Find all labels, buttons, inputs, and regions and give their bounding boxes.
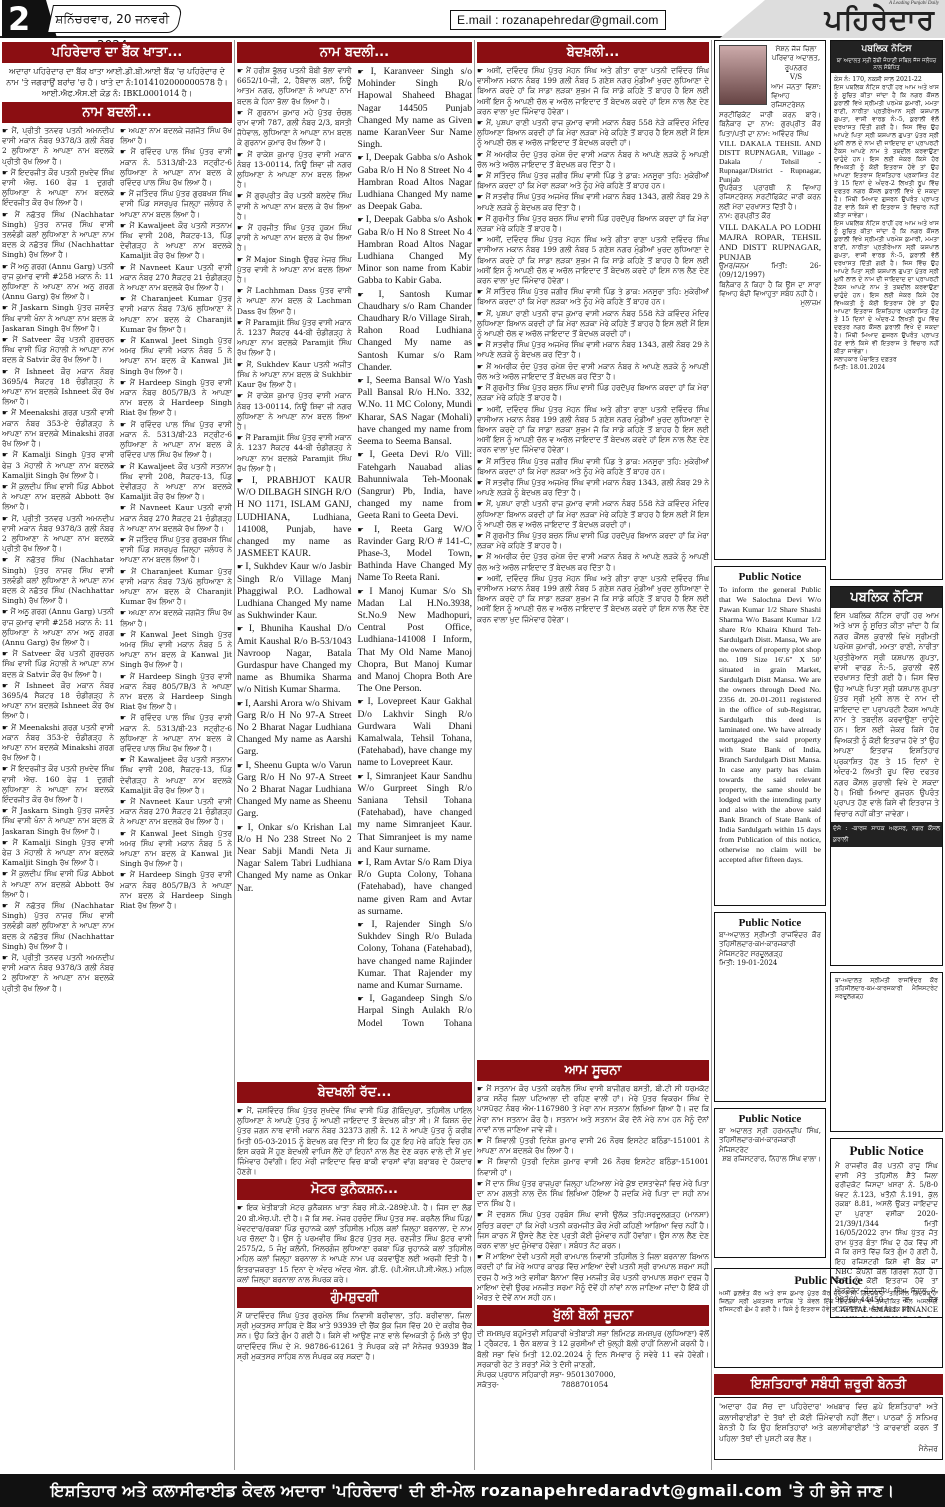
notice-item: ਮੈਂ Hardeep Singh ਪੁੱਤਰ ਵਾਸੀ ਮਕਾਨ ਨੰਬਰ 8… xyxy=(120,870,232,911)
notice-item: ਮੈਂ ਸ਼ਿਵਾਲੀ ਪੁੱਤਰੀ ਦਿਨੇਸ਼ ਕੁਮਾਰ ਵਾਸੀ 26 … xyxy=(477,1136,709,1156)
notice-item: ਮੈਂ ਸਤਿੰਦਰ ਸਿੰਘ ਪੁੱਤਰ ਜਗੀਰ ਸਿੰਘ ਵਾਸੀ ਪਿੰ… xyxy=(477,457,709,477)
notice-court-3-box: ਬਾ-ਅਦਾਲਤ ਸ੍ਰੀਮਤੀ ਰਾਜਵਿੰਦਰ ਕੌਰ ਤਹਿਸੀਲਦਾਰ-… xyxy=(830,972,943,1132)
notice-item: ਮੈਂ ਅਮਰੀਕ ਚੰਦ ਪੁੱਤਰ ਰਮੇਸ਼ ਚੰਦ ਵਾਸੀ ਮਕਾਨ … xyxy=(477,552,709,572)
notice-item: ਅਪਣਾ ਨਾਮ ਬਦਲਕੇ ਜਗਜੋਤ ਸਿੰਘ ਰੱਖ ਲਿਆ ਹੈ। xyxy=(120,126,232,146)
notice-item: ਮੈਂ Paramjit ਸਿੰਘ ਪੁੱਤਰ ਵਾਸੀ ਮਕਾਨ ਨੰ. 12… xyxy=(237,433,352,474)
newspaper-logo: ਪਹਿਰੇਦਾਰ xyxy=(824,3,935,37)
notice-item: ਮੈਂ Kanwal Jeet Singh ਪੁੱਤਰ ਅਮਰ ਸਿੰਘ ਵਾਸ… xyxy=(120,829,232,870)
notice-item: ਮੈਂ Kawaljeet ਕੌਰ ਪਤਨੀ ਸਤਨਾਮ ਸਿੰਘ ਵਾਸੀ 2… xyxy=(120,462,232,503)
notice-item-en: I, Bhuniha Kaushal D/o Amit Kaushal R/o … xyxy=(237,623,352,696)
disown-heading: ਬੇਦਖ਼ਲੀ... xyxy=(477,42,709,63)
notice-small-text: ਬਾ ਅਦਾਲਤ ਸ੍ਰੀ ਹਰਮਨਦੀਪ ਸਿੰਘ, ਤਹਿਸੀਲਦਾਰ-ਕਮ… xyxy=(719,1127,821,1155)
notice-item-en: I, Rajender Singh S/o Sukhdev Singh R/o … xyxy=(358,919,473,992)
lost-heading: ਗੁੰਮਸ਼ੁਦਗੀ xyxy=(237,1287,472,1308)
notice-item-en: I, Deepak Gabba s/o Ashok Gaba R/o H No … xyxy=(358,214,473,287)
notice-item: ਮੈਂ ਰਵਿੰਦਰ ਪਾਲ ਸਿੰਘ ਪੁੱਤਰ ਵਾਸੀ ਮਕਾਨ ਨੰ. … xyxy=(120,147,232,188)
applicant-dob: ਉਮਰ/ਜਨਮ ਮਿਤੀ: 26-(09/12/1997) xyxy=(719,262,821,281)
public-notice-en-text: To inform the general Public that We Sal… xyxy=(719,585,821,865)
court-notice-2-date: ਮਿਤੀ: 19-01-2024 xyxy=(719,959,821,968)
notice-item: ਮੈਂ, ਪੁਸ਼ਪਾ ਰਾਣੀ ਪਤਨੀ ਰਾਜ ਕੁਮਾਰ ਵਾਸੀ ਮਕਾ… xyxy=(477,118,709,149)
court-sign: ਮੁਲਾਜ਼ਮ xyxy=(800,299,821,308)
notice-item: ਅਪਣਾ ਨਾਮ ਬਦਲਕੇ ਜਗਜੋਤ ਸਿੰਘ ਰੱਖ ਲਿਆ ਹੈ। xyxy=(120,608,232,628)
ad-request-sign: ਮੈਨੇਜਰ xyxy=(719,1444,938,1455)
notice-item-en: I, Aarshi Arora w/o Shivam Garg R/o H No… xyxy=(237,698,352,759)
notice-item: ਮੈਂ Charanjeet Kumar ਪੁੱਤਰ ਵਾਸੀ ਮਕਾਨ ਨੰਬ… xyxy=(120,567,232,608)
notice-item: ਮੈਂ ਸਤਿੰਦਰ ਸਿੰਘ ਪੁੱਤਰ ਜਗੀਰ ਸਿੰਘ ਵਾਸੀ ਪਿੰ… xyxy=(477,171,709,191)
notice-item: ਮੈਂ ਇਦਰਜੀਤ ਕੌਰ ਪਤਨੀ ਸੁਖਦੇਵ ਸਿੰਘ ਵਾਸੀ ਐਚ.… xyxy=(2,168,114,209)
notice-item: ਮੈਂ ਜਤਿੰਦਰ ਸਿੰਘ ਪੁੱਤਰ ਗੁਰਬਖਸ਼ ਸਿੰਘ ਵਾਸੀ … xyxy=(120,535,232,566)
notice-item-en: I, Deepak Gabba s/o Ashok Gaba R/o H No … xyxy=(358,152,473,213)
footer-banner: ਇਸ਼ਤਿਹਾਰ ਅਤੇ ਕਲਾਸੀਫਾਈਡ ਕੇਵਲ ਅਦਾਰਾ 'ਪਹਿਰੇ… xyxy=(0,1474,945,1507)
notice-item-en: I, Karanveer Singh s/o Mohinder Singh R/… xyxy=(358,66,473,151)
header-email[interactable]: E.mail : rozanapehredar@gmail.com xyxy=(450,10,666,30)
notice-item: ਅਸੀਂ, ਦਵਿੰਦਰ ਸਿੰਘ ਪੁੱਤਰ ਮੋਹਨ ਸਿੰਘ ਅਤੇ ਗੀ… xyxy=(477,405,709,456)
notice-item: ਮੈਂ, ਪੁਸ਼ਪਾ ਰਾਣੀ ਪਤਨੀ ਰਾਜ ਕੁਮਾਰ ਵਾਸੀ ਮਕਾ… xyxy=(477,309,709,340)
court-footer: ਬਿਨੈਕਾਰ ਨੇ ਕਿਹਾ ਹੈ ਕਿ ਉਸ ਦਾ ਸਾਰਾ ਵਿਆਹ ਬੰ… xyxy=(719,281,821,300)
notice-item: ਮੈਂ, ਪੁਸ਼ਪਾ ਰਾਣੀ ਪਤਨੀ ਰਾਜ ਕੁਮਾਰ ਵਾਸੀ ਮਕਾ… xyxy=(477,499,709,530)
notice-item: ਮੈਂ, ਪ੍ਰੀਤੀ ਤਨਵਰ ਪਤਨੀ ਅਮਨਦੀਪ ਵਾਸੀ ਮਕਾਨ ਨ… xyxy=(2,953,114,994)
court-address-en: VILL DAKALA TEHSIL AND DISTT RUPNAGAR, V… xyxy=(719,139,821,184)
public-notice-pa-title: ਪਬਲਿਕ ਨੋਟਿਸ xyxy=(831,587,942,608)
notice-item: ਮੈਂ Kamalji Singh ਪੁੱਤਰ ਵਾਸੀ ਫੇਜ਼ 3 ਮੋਹਾ… xyxy=(2,838,114,869)
wide-notice-box: Public Notice ਅਸੀਂ ਕੁਲਵੰਤ ਕੌਰ ਅਤੇ ਰਾਜ ਕੁ… xyxy=(714,1268,943,1368)
notice-item: ਮੈਂ ਗੁਰਨਾਮ ਕੁਮਾਰ ਮਹੇ ਪੁੱਤਰ ਚੰਚਲ ਰਾਮ ਵਾਸੀ… xyxy=(237,108,352,149)
notice-item: ਮੈਂ ਗੁਰਮੀਤ ਸਿੰਘ ਪੁੱਤਰ ਬਚਨ ਸਿੰਘ ਵਾਸੀ ਪਿੰਡ… xyxy=(477,214,709,234)
column-2: ਨਾਮ ਬਦਲੀ... ਮੈਂ ਹਰੀਸ਼ ਭੁੱਲਰ ਪਤਨੀ ਬੌਬੀ ਭੱ… xyxy=(237,40,472,1468)
applicant-name: ਨਾਮ: ਗੁਰਪ੍ਰੀਤ ਕੌਰ xyxy=(719,212,821,221)
notice-item: ਮੈਂ Kawaljeet ਕੌਰ ਪਤਨੀ ਸਤਨਾਮ ਸਿੰਘ ਵਾਸੀ 2… xyxy=(120,221,232,262)
notice-item: ਮੈਂ ਨਛੱਤਰ ਸਿੰਘ (Nachhatar Singh) ਪੁੱਤਰ ਨ… xyxy=(2,901,114,952)
court-notice-2-title: Public Notice xyxy=(719,917,821,929)
column-3: ਬੇਦਖ਼ਲੀ... ਅਸੀਂ, ਦਵਿੰਦਰ ਸਿੰਘ ਪੁੱਤਰ ਮੋਹਨ … xyxy=(477,40,709,1468)
auction-heading: ਖੁੱਲੀ ਬੋਲੀ ਸੂਚਨਾ xyxy=(477,1305,709,1326)
notice-small-box: Public Notice ਬਾ ਅਦਾਲਤ ਸ੍ਰੀ ਹਰਮਨਦੀਪ ਸਿੰਘ… xyxy=(714,1108,826,1258)
notice-item: ਮੈਂ Meenakshi ਗਰਗ ਪਤਨੀ ਵਾਸੀ ਮਕਾਨ ਨੰਬਰ 35… xyxy=(2,723,114,764)
notice-item-en: I, Onkar s/o Krishan Lal R/o H No 238 St… xyxy=(237,822,352,895)
court-notice-2-box: Public Notice ਬਾ-ਅਦਾਲਤ ਸ੍ਰੀਮਤੀ ਰਾਜਵਿੰਦਰ … xyxy=(714,912,826,1102)
notice-item: ਮੈਂ Hardeep Singh ਪੁੱਤਰ ਵਾਸੀ ਮਕਾਨ ਨੰਬਰ 8… xyxy=(120,378,232,419)
auction-secretary-phone: 7888701054 xyxy=(561,1380,608,1389)
notice-item: ਮੈਂ ਕੁਲਦੀਪ ਸਿੰਘ ਵਾਸੀ ਪਿੰਡ Abbot ਨੇ ਆਪਣਾ … xyxy=(2,482,114,513)
notice-item: ਮੈਂ ਦਾਨ ਸਿੰਘ ਪੁੱਤਰ ਰਾਜਪੁਰਾ ਜਿਲ੍ਹਾ ਪਟਿਆਲਾ… xyxy=(477,1179,709,1210)
disown-cancel-text: ਮੈਂ, ਜਸਵਿੰਦਰ ਸਿੰਘ ਪੁੱਤਰ ਸੁਖਦੇਵ ਸਿੰਘ ਵਾਸੀ… xyxy=(237,1106,472,1177)
notice-item: ਮੈਂ ਹਰੀਸ਼ ਭੁੱਲਰ ਪਤਨੀ ਬੌਬੀ ਭੱਲਾ ਵਾਸੀ 6652… xyxy=(237,66,352,107)
notice-item: ਮੈਂ ਕੁਲਦੀਪ ਸਿੰਘ ਵਾਸੀ ਪਿੰਡ Abbot ਨੇ ਆਪਣਾ … xyxy=(2,869,114,900)
notice-item: ਮੈਂ ਮਾਇਆ ਦੇਵੀ ਪਤਨੀ ਸ੍ਰੀ ਰਾਮਪਾਲ ਨਿਵਾਸੀ ਤਹ… xyxy=(477,1252,709,1303)
notice-item: ਮੈਂ Paramjit ਸਿੰਘ ਪੁੱਤਰ ਵਾਸੀ ਮਕਾਨ ਨੰ. 12… xyxy=(237,318,352,359)
notice-item: ਮੈਂ ਸਤਵੀਰ ਸਿੰਘ ਪੁੱਤਰ ਅਜਮੇਰ ਸਿੰਘ ਵਾਸੀ ਮਕਾ… xyxy=(477,340,709,360)
notice-item-en: I, Seema Bansal W/o Yash Pall Bansal R/o… xyxy=(358,375,473,448)
public-notice-pa-text: ਇਸ ਪਬਲਿਕ ਨੋਟਿਸ ਰਾਹੀਂ ਹਰ ਆਮ ਅਤੇ ਖਾਸ ਨੂੰ ਸ… xyxy=(831,608,942,822)
notice-item: ਮੈਂ Ishneet ਕੌਰ ਮਕਾਨ ਨੰਬਰ 3695/4 ਸੈਕਟਰ 1… xyxy=(2,681,114,722)
notice-item: ਮੈਂ ਨਛੱਤਰ ਸਿੰਘ (Nachhatar Singh) ਪੁੱਤਰ ਨ… xyxy=(2,555,114,606)
notice-item: ਅਸੀਂ, ਦਵਿੰਦਰ ਸਿੰਘ ਪੁੱਤਰ ਮੋਹਨ ਸਿੰਘ ਅਤੇ ਗੀ… xyxy=(477,235,709,286)
notice-item: ਮੈਂ Jaskarn Singh ਪੁੱਤਰ ਜਸਵੰਤ ਸਿੰਘ ਵਾਸੀ … xyxy=(2,806,114,837)
page-header: 2 ਸ਼ਨਿੱਚਰਵਾਰ, 20 ਜਨਵਰੀ 2024 E.mail : roz… xyxy=(0,0,945,38)
notice-item: ਮੈਂ ਸਤਵੀਰ ਸਿੰਘ ਪੁੱਤਰ ਅਜਮੇਰ ਸਿੰਘ ਵਾਸੀ ਮਕਾ… xyxy=(477,478,709,498)
notice-item: ਮੈਂ Satveer ਕੌਰ ਪਤਨੀ ਗੁਰਚਰਨ ਸਿੰਘ ਵਾਸੀ ਪਿ… xyxy=(2,335,114,366)
proclamation-sign: ਸਲਾਹਕਾਰ ਪੰਚਾਇਤ ਦਫ਼ਤਰ xyxy=(834,356,939,364)
notice-item: ਮੈਂ ਅਨੂ ਗਰਗ (Annu Garg) ਪਤਨੀ ਰਾਜ ਕੁਮਾਰ ਵ… xyxy=(2,607,114,648)
notice-item: ਮੈਂ ਹਰਜੀਤ ਸਿੰਘ ਪੁੱਤਰ ਹੁਕਮ ਸਿੰਘ ਵਾਸੀ ਨੇ ਆ… xyxy=(237,223,352,254)
proclamation-box: ਪਬਲਿਕ ਨੋਟਿਸ ਬਾ ਅਦਾਲਤ ਸ੍ਰੀ ਰੱਬੀ ਜੋਧਾਣੀ ਸਬ… xyxy=(830,40,943,580)
wide-notice-text: ਅਸੀਂ ਕੁਲਵੰਤ ਕੌਰ ਅਤੇ ਰਾਜ ਕੁਮਾਰ ਪੁੱਤਰ ਕੌਰ … xyxy=(719,1290,938,1314)
notice-item-en: I, Reeta Garg W/O Ravinder Garg R/O # 14… xyxy=(358,524,473,585)
auction-contact-phone: 9501307000, xyxy=(566,1370,615,1379)
notice-item: ਮੈਂ, ਪ੍ਰੀਤੀ ਤਨਵਰ ਪਤਨੀ ਅਮਨਦੀਪ ਵਾਸੀ ਮਕਾਨ ਨ… xyxy=(2,514,114,555)
bank-account-heading: ਪਹਿਰੇਦਾਰ ਦਾ ਬੈਂਕ ਖਾਤਾ... xyxy=(2,42,232,63)
notice-item: ਮੈਂ ਅਮਰੀਕ ਚੰਦ ਪੁੱਤਰ ਰਮੇਸ਼ ਚੰਦ ਵਾਸੀ ਮਕਾਨ … xyxy=(477,150,709,170)
column-4: ਸੇਸ਼ਨ ਜੱਜ ਜ਼ਿਲਾ ਪਰਿਵਾਰ ਅਦਾਲਤ, ਰੂਪਨਗਰ V/S… xyxy=(714,40,943,1468)
notice-item: ਮੈਂ Jaskarn Singh ਪੁੱਤਰ ਜਸਵੰਤ ਸਿੰਘ ਵਾਸੀ … xyxy=(2,303,114,334)
proclamation-date: ਮਿਤੀ: 18.01.2024 xyxy=(834,364,939,372)
notice-item-en: I Manoj Kumar S/o Sh Madan Lal H.No.3938… xyxy=(358,586,473,696)
notice-item: ਮੈਂ ਅਮਰੀਕ ਚੰਦ ਪੁੱਤਰ ਰਮੇਸ਼ ਚੰਦ ਵਾਸੀ ਮਕਾਨ … xyxy=(477,362,709,382)
notice-item: ਮੈਂ ਰਾਕੇਸ਼ ਕੁਮਾਰ ਪੁੱਤਰ ਵਾਸੀ ਮਕਾਨ ਨੰਬਰ 13… xyxy=(237,150,352,191)
auction-contact-label: ਸੰਪਰਕ ਪ੍ਰਧਾਨ ਸਹਿਕਾਰੀ ਸਭਾ- xyxy=(477,1370,564,1379)
notice-item-en: I, PRABHJOT KAUR W/O DILBAGH SINGH R/O H… xyxy=(237,475,352,560)
lost-text: ਮੈਂ ਯਾਦਵਿੰਦਰ ਸਿੰਘ ਪੁੱਤਰ ਗੁਰਮੇਲ ਸਿੰਘ ਨਿਵਾ… xyxy=(237,1311,472,1362)
notice-item: ਮੈਂ ਗੁਰਪ੍ਰੀਤ ਕੌਰ ਪਤਨੀ ਬਲਦੇਵ ਸਿੰਘ ਵਾਸੀ ਨੇ… xyxy=(237,191,352,222)
auction-secretary-label: ਸਕੱਤਰ- xyxy=(477,1380,499,1389)
notice-item: ਮੈਂ Charanjeet Kumar ਪੁੱਤਰ ਵਾਸੀ ਮਕਾਨ ਨੰਬ… xyxy=(120,294,232,335)
notice-item-en: I, Ram Avtar S/o Ram Diya R/o Gupta Colo… xyxy=(358,857,473,918)
notice-item: ਮੈਂ ਦਰਸ਼ਨ ਸਿੰਘ ਪੁੱਤਰ ਹਰਬੰਸ ਸਿੰਘ ਵਾਸੀ ਉਲੱ… xyxy=(477,1210,709,1251)
column-1: ਪਹਿਰੇਦਾਰ ਦਾ ਬੈਂਕ ਖਾਤਾ... ਅਦਾਰਾ ਪਹਿਰੇਦਾਰ … xyxy=(2,40,232,1468)
notice-item: ਮੈਂ ਗੁਰਮੀਤ ਸਿੰਘ ਪੁੱਤਰ ਬਚਨ ਸਿੰਘ ਵਾਸੀ ਪਿੰਡ… xyxy=(477,383,709,403)
notice-item: ਮੈਂ ਜਤਿੰਦਰ ਸਿੰਘ ਪੁੱਤਰ ਗੁਰਬਖਸ਼ ਸਿੰਘ ਵਾਸੀ … xyxy=(120,189,232,220)
name-change-heading: ਨਾਮ ਬਦਲੀ... xyxy=(2,102,232,123)
court-notice-box: ਸੇਸ਼ਨ ਜੱਜ ਜ਼ਿਲਾ ਪਰਿਵਾਰ ਅਦਾਲਤ, ਰੂਪਨਗਰ V/S… xyxy=(714,40,826,560)
notice-item: ਅਸੀਂ, ਦਵਿੰਦਰ ਸਿੰਘ ਪੁੱਤਰ ਮੋਹਨ ਸਿੰਘ ਅਤੇ ਗੀ… xyxy=(477,574,709,625)
notice-item-en: I, Gagandeep Singh S/o Harpal Singh Aula… xyxy=(358,993,473,1026)
notice-court-3-text: ਬਾ-ਅਦਾਲਤ ਸ੍ਰੀਮਤੀ ਰਾਜਵਿੰਦਰ ਕੌਰ ਤਹਿਸੀਲਦਾਰ-… xyxy=(835,977,938,1001)
notice-item: ਮੈਂ Navneet Kaur ਪਤਨੀ ਵਾਸੀ ਮਕਾਨ ਨੰਬਰ 270… xyxy=(120,263,232,294)
notice-item: ਮੈਂ Lachhman Dass ਪੁੱਤਰ ਵਾਸੀ ਨੇ ਆਪਣਾ ਨਾਮ… xyxy=(237,286,352,317)
court-body: ਉਪਰੋਕਤ ਪ੍ਰਾਰਥੀ ਨੇ ਵਿਆਹ ਰਜਿਸਟਰੇਸ਼ਨ ਸਰਟੀਫਿ… xyxy=(719,184,821,212)
proclamation-body: ਇਸ ਪਬਲਿਕ ਨੋਟਿਸ ਰਾਹੀਂ ਹਰ ਆਮ ਅਤੇ ਖਾਸ ਨੂੰ ਸ… xyxy=(834,220,939,356)
notice-item: ਮੈਂ Kamalji Singh ਪੁੱਤਰ ਵਾਸੀ ਫੇਜ਼ 3 ਮੋਹਾ… xyxy=(2,450,114,481)
notice-small-sign: ਸ਼ਬ ਰਜਿਸਟਰਾਰ, ਨਿਹਾਲ ਸਿੰਘ ਵਾਲਾ। xyxy=(722,1155,821,1164)
notice-item: ਮੈਂ Kanwal Jeet Singh ਪੁੱਤਰ ਅਮਰ ਸਿੰਘ ਵਾਸ… xyxy=(120,336,232,377)
notice-item-en: I, Simranjeet Kaur Sandhu W/o Gurpreet S… xyxy=(358,771,473,856)
general-notice-heading: ਆਮ ਸੂਚਨਾ xyxy=(477,1060,709,1081)
motor-connection-heading: ਮੋਟਰ ਕੁਨੈਕਸ਼ਨ... xyxy=(237,1179,472,1200)
proclamation-title: ਪਬਲਿਕ ਨੋਟਿਸ xyxy=(831,41,942,57)
notice-item: ਮੈਂ, Sukhdev Kaur ਪਤਨੀ ਅਜੀਤ ਸਿੰਘ ਨੇ ਆਪਣਾ… xyxy=(237,360,352,391)
notice-item: ਮੈਂ Hardeep Singh ਪੁੱਤਰ ਵਾਸੀ ਮਕਾਨ ਨੰਬਰ 8… xyxy=(120,672,232,713)
court-notice-2-text: ਬਾ-ਅਦਾਲਤ ਸ੍ਰੀਮਤੀ ਰਾਜਵਿੰਦਰ ਕੌਰ ਤਹਿਸੀਲਦਾਰ-… xyxy=(719,931,821,959)
wide-notice-title: Public Notice xyxy=(719,1273,938,1288)
name-change-list: ਮੈਂ, ਪ੍ਰੀਤੀ ਤਨਵਰ ਪਤਨੀ ਅਮਨਦੀਪ ਵਾਸੀ ਮਕਾਨ ਨ… xyxy=(2,126,232,995)
notice-item: ਮੈਂ Navneet Kaur ਪਤਨੀ ਵਾਸੀ ਮਕਾਨ ਨੰਬਰ 270… xyxy=(120,797,232,828)
proclamation-subtitle: ਬਾ ਅਦਾਲਤ ਸ੍ਰੀ ਰੱਬੀ ਜੋਧਾਣੀ ਸਬਿਲ ਜੱਜ ਜਲੰਧਰ… xyxy=(831,57,942,73)
ad-request-text: 'ਅਦਾਰਾ ਹੱਕ ਸੱਚ ਦਾ ਪਹਿਰੇਦਾਰ' ਅਖ਼ਬਾਰ ਵਿਚ ਛ… xyxy=(719,1402,938,1444)
proclamation-case: ਕੇਸ ਨੰ: 170, ਨਕਸ਼ੀ ਸਾਲ 2021-22 xyxy=(834,76,939,84)
notice-item: ਮੈਂ Ishneet ਕੌਰ ਮਕਾਨ ਨੰਬਰ 3695/4 ਸੈਕਟਰ 1… xyxy=(2,367,114,408)
bank-account-text: ਅਦਾਰਾ ਪਹਿਰੇਦਾਰ ਦਾ ਬੈਂਕ ਖਾਤਾ ਆਈ.ਡੀ.ਬੀ.ਆਈ … xyxy=(2,66,232,99)
date-box: ਸ਼ਨਿੱਚਰਵਾਰ, 20 ਜਨਵਰੀ 2024 xyxy=(47,5,183,33)
notice-item: ਮੈਂ ਇਦਰਜੀਤ ਕੌਰ ਪਤਨੀ ਸੁਖਦੇਵ ਸਿੰਘ ਵਾਸੀ ਐਚ.… xyxy=(2,764,114,805)
notice-item: ਮੈਂ, ਪ੍ਰੀਤੀ ਤਨਵਰ ਪਤਨੀ ਅਮਨਦੀਪ ਵਾਸੀ ਮਕਾਨ ਨ… xyxy=(2,126,114,167)
notice-item: ਮੈਂ ਰਵਿੰਦਰ ਪਾਲ ਸਿੰਘ ਪੁੱਤਰ ਵਾਸੀ ਮਕਾਨ ਨੰ. … xyxy=(120,420,232,461)
notice-item: ਮੈਂ ਸ਼ਿਵਾਨੀ ਪੁੱਤਰੀ ਦਿਨੇਸ਼ ਕੁਮਾਰ ਵਾਸੀ 26 … xyxy=(477,1157,709,1177)
applicant-photo xyxy=(719,45,767,105)
notice-item: ਅਸੀਂ, ਦਵਿੰਦਰ ਸਿੰਘ ਪੁੱਤਰ ਮੋਹਨ ਸਿੰਘ ਅਤੇ ਗੀ… xyxy=(477,66,709,117)
notice-item: ਮੈਂ Major Singh ਉਰਫ ਮੇਜਰ ਸਿੰਘ ਪੁੱਤਰ ਵਾਸੀ… xyxy=(237,255,352,286)
notice-item: ਮੈਂ Navneet Kaur ਪਤਨੀ ਵਾਸੀ ਮਕਾਨ ਨੰਬਰ 270… xyxy=(120,503,232,534)
notice-item: ਮੈਂ Kawaljeet ਕੌਰ ਪਤਨੀ ਸਤਨਾਮ ਸਿੰਘ ਵਾਸੀ 2… xyxy=(120,755,232,796)
notice-item: ਮੈਂ ਸਤਨਾਮ ਕੌਰ ਪਤਨੀ ਕਰਨੈਲ ਸਿੰਘ ਵਾਸੀ ਬਾਜੀਗ… xyxy=(477,1084,709,1135)
disown-cancel-heading: ਬੇਦਖਲੀ ਰੱਦ... xyxy=(237,1082,472,1103)
capital-bank-notice-title: Public Notice xyxy=(835,1143,938,1159)
notice-item: ਮੈਂ ਰਵਿੰਦਰ ਪਾਲ ਸਿੰਘ ਪੁੱਤਰ ਵਾਸੀ ਮਕਾਨ ਨੰ. … xyxy=(120,713,232,754)
notice-item: ਮੈਂ ਨਛੱਤਰ ਸਿੰਘ (Nachhatar Singh) ਪੁੱਤਰ ਨ… xyxy=(2,210,114,261)
notice-item: ਮੈਂ ਸਤਵੀਰ ਸਿੰਘ ਪੁੱਤਰ ਅਜਮੇਰ ਸਿੰਘ ਵਾਸੀ ਮਕਾ… xyxy=(477,192,709,212)
ad-request-box: 'ਅਦਾਰਾ ਹੱਕ ਸੱਚ ਦਾ ਪਹਿਰੇਦਾਰ' ਅਖ਼ਬਾਰ ਵਿਚ ਛ… xyxy=(714,1397,943,1460)
notice-item: ਮੈਂ ਸਤਿੰਦਰ ਸਿੰਘ ਪੁੱਤਰ ਜਗੀਰ ਸਿੰਘ ਵਾਸੀ ਪਿੰ… xyxy=(477,287,709,307)
auction-text: ਦੀ ਸ਼ਮਸ਼ਪੁਰ ਬਹੁਮੰਤਵੀ ਸਹਿਕਾਰੀ ਖੇਤੀਬਾੜੀ ਸਭ… xyxy=(477,1329,709,1370)
public-notice-pa-box: ਪਬਲਿਕ ਨੋਟਿਸ ਇਸ ਪਬਲਿਕ ਨੋਟਿਸ ਰਾਹੀਂ ਹਰ ਆਮ ਅ… xyxy=(830,586,943,966)
notice-item-en: I, Geeta Devi R/o Vill: Fatehgarh Nauaba… xyxy=(358,449,473,522)
public-notice-en-title: Public Notice xyxy=(719,571,821,583)
notice-item: ਮੈਂ Meenakshi ਗਰਗ ਪਤਨੀ ਵਾਸੀ ਮਕਾਨ ਨੰਬਰ 35… xyxy=(2,408,114,449)
applicant-address-en: VILL DAKALA PO LODHI MAJRA ROPAR, TEHSIL… xyxy=(719,222,821,262)
notice-item: ਮੈਂ Satveer ਕੌਰ ਪਤਨੀ ਗੁਰਚਰਨ ਸਿੰਘ ਵਾਸੀ ਪਿ… xyxy=(2,649,114,680)
public-notice-pa-sign: ਦੱਸੋ : -ਕਾਰਜ ਸਾਧਕ ਅਫਸਰ, ਨਗਰ ਕੌਂਸਲ ਕੁਰਾਲੀ xyxy=(831,822,942,847)
notice-item: ਮੈਂ ਰਾਕੇਸ਼ ਕੁਮਾਰ ਪੁੱਤਰ ਵਾਸੀ ਮਕਾਨ ਨੰਬਰ 13… xyxy=(237,391,352,432)
notice-item: ਮੈਂ ਅਨੂ ਗਰਗ (Annu Garg) ਪਤਨੀ ਰਾਜ ਕੁਮਾਰ ਵ… xyxy=(2,262,114,303)
motor-connection-text: ਇਕ ਖੇਤੀਬਾੜੀ ਮੋਟਰ ਕੁਨੈਕਸ਼ਨ ਖਾਤਾ ਨੰਬਰ ਸੀ.ਕ… xyxy=(237,1203,472,1285)
notice-item: ਮੈਂ ਗੁਰਮੀਤ ਸਿੰਘ ਪੁੱਤਰ ਬਚਨ ਸਿੰਘ ਵਾਸੀ ਪਿੰਡ… xyxy=(477,531,709,551)
notice-item-en: I, Sheenu Gupta w/o Varun Garg R/o H No … xyxy=(237,760,352,821)
name-change-heading-2: ਨਾਮ ਬਦਲੀ... xyxy=(237,42,472,63)
proclamation-body: ਇਸ ਪਬਲਿਕ ਨੋਟਿਸ ਰਾਹੀਂ ਹਰ ਆਮ ਅਤੇ ਖਾਸ ਨੂੰ ਸ… xyxy=(834,84,939,220)
public-notice-en-box: Public Notice To inform the general Publ… xyxy=(714,566,826,906)
notice-item-en: I, Santosh Kumar Chaudhary s/o Ram Chand… xyxy=(358,289,473,374)
notice-item: ਮੈਂ Kanwal Jeet Singh ਪੁੱਤਰ ਅਮਰ ਸਿੰਘ ਵਾਸ… xyxy=(120,630,232,671)
notice-item-en: I, Sukhdev Kaur w/o Jasbir Singh R/o Vil… xyxy=(237,561,352,622)
notice-item-en: I, Lovepreet Kaur Gakhal D/o Lakhvir Sin… xyxy=(358,696,473,769)
ad-request-heading: ਇਸ਼ਤਿਹਾਰਾਂ ਸਬੰਧੀ ਜ਼ਰੂਰੀ ਬੇਨਤੀ xyxy=(714,1374,943,1395)
notice-small-title: Public Notice xyxy=(719,1113,821,1125)
